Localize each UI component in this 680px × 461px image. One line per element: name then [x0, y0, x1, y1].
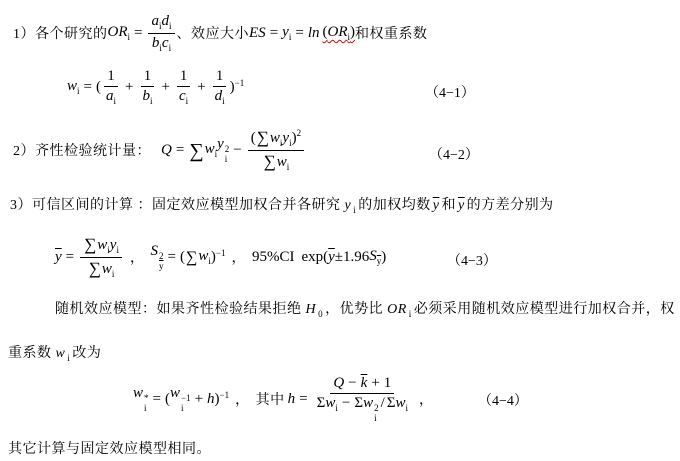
comma: ，	[235, 389, 250, 409]
stacked-sup-sub: *i	[144, 394, 149, 413]
minus-sign: −	[342, 395, 350, 411]
var-w-subscript: i	[287, 162, 290, 172]
var-w-subscript: i	[67, 353, 70, 363]
var-y-subscript: i	[116, 245, 119, 255]
plus-sign: +	[371, 375, 379, 391]
fraction-numerator: (∑wiyi)2	[248, 128, 304, 150]
var-a: a	[151, 13, 159, 29]
summation-icon: ∑	[89, 259, 101, 278]
minus-sign: −	[348, 375, 356, 391]
var-y-bar: y	[55, 249, 62, 266]
var-w: w	[102, 261, 112, 277]
random-effects-paragraph-line1: 随机效应模型：如果齐性检验结果拒绝H0，优势比ORi必须采用随机效应模型进行加权…	[55, 298, 675, 319]
fraction-ad-over-bc: aidi bici	[148, 13, 174, 53]
var-y-bar: y	[433, 198, 440, 213]
var-ES: ES	[249, 25, 266, 42]
subscript-i: i	[144, 404, 147, 413]
var-a: a	[106, 88, 114, 104]
comma: ，	[231, 247, 246, 267]
var-w: w	[133, 385, 143, 401]
var-w-subscript: i	[112, 269, 115, 279]
fraction-denominator: bici	[149, 34, 174, 53]
var-b: b	[142, 88, 150, 104]
equals-sign: =	[84, 79, 92, 96]
var-y-subscript: i	[289, 32, 292, 42]
plus-sign: +	[195, 391, 203, 408]
var-w-i: wi	[54, 346, 71, 361]
subscript-i: i	[225, 155, 228, 164]
var-S: S	[369, 248, 377, 264]
weighted-mean-text: 的加权均数	[358, 198, 431, 213]
var-k-bar: k	[361, 375, 368, 391]
fraction-denominator: Σwi−Σw2i/Σwi	[314, 394, 411, 423]
stacked-sup-sub: 2i	[225, 145, 230, 164]
fraction-1-over-c: 1ci	[176, 68, 191, 107]
var-c: c	[179, 88, 186, 104]
var-w: w	[97, 237, 107, 253]
var-w: w	[205, 141, 215, 157]
var-w: w	[56, 346, 66, 361]
equals-sign: =	[153, 391, 161, 408]
var-S: S	[150, 243, 158, 259]
var-d: d	[215, 88, 223, 104]
var-y-i-squared: y2i	[217, 136, 229, 164]
exp-function: exp(	[301, 249, 328, 266]
confidence-interval-label: 95%CI	[252, 249, 295, 266]
var-c: c	[162, 35, 169, 51]
fraction-denominator: ∑wi	[85, 258, 118, 279]
equation-number-4-2: （4−2）	[429, 144, 479, 164]
fraction-1-over-b: 1bi	[139, 68, 155, 107]
var-H0: H0	[304, 302, 324, 317]
var-w-inverse-i: w−1i	[170, 385, 191, 413]
numerator-one: 1	[177, 68, 191, 87]
fraction-weighted-mean: ∑wiyi ∑wi	[80, 235, 122, 279]
equals-sign: =	[295, 25, 303, 42]
denominator-b: bi	[139, 87, 155, 106]
denominator-c: ci	[176, 87, 191, 106]
closing-sentence: 其它计算与固定效应模型相同。	[8, 438, 211, 458]
var-w-subscript: i	[77, 86, 80, 96]
paragraph-text: 随机效应模型：如果齐性检验结果拒绝	[55, 302, 302, 317]
var-h: h	[288, 391, 296, 408]
fraction-denominator: ∑wi	[260, 151, 293, 172]
fraction-h: Q−k+1 Σwi−Σw2i/Σwi	[314, 375, 411, 423]
fraction-sum-squared: (∑wiyi)2 ∑wi	[248, 128, 304, 172]
effect-size-text: 、效应大小	[177, 23, 250, 43]
where-text: 其中	[256, 389, 285, 409]
exponent-minus-1: −1	[220, 390, 230, 400]
numerator-one: 1	[141, 68, 155, 87]
var-w: w	[67, 78, 77, 94]
equals-sign: =	[167, 249, 175, 266]
item-3-text: 3）可信区间的计算 ：固定效应模型加权合并各研究	[10, 198, 341, 213]
item-3-line: 3）可信区间的计算 ：固定效应模型加权合并各研究yi的加权均数y和y的方差分别为	[10, 194, 554, 215]
superscript-2: 2	[297, 128, 302, 138]
var-y: y	[217, 136, 224, 152]
random-effects-paragraph-line2: 重系数wi改为	[8, 342, 101, 363]
slash: /	[381, 395, 385, 411]
subscript-i: i	[374, 414, 377, 423]
summation-icon: ∑	[189, 141, 203, 161]
fraction-numerator: aidi	[148, 13, 174, 33]
subscript-i: i	[181, 404, 184, 413]
plus-minus-1.96: ±1.96	[335, 249, 369, 266]
spellcheck-underlined-OR: (ORi)	[322, 24, 355, 42]
var-b-subscript: i	[150, 96, 153, 106]
formula-4-2: 2）齐性检验统计量： Q = ∑ wi y2i − (∑wiyi)2 ∑wi	[13, 127, 306, 173]
var-y-subscript: i	[353, 205, 356, 215]
var-w-i: wi	[198, 248, 211, 266]
close-paren: )	[381, 249, 386, 266]
var-w: w	[170, 385, 180, 401]
var-y-i: yi	[343, 198, 357, 213]
fraction-1-over-d: 1di	[212, 68, 228, 107]
var-w: w	[198, 248, 208, 264]
var-w-subscript: i	[335, 403, 338, 413]
denominator-a: ai	[103, 87, 119, 106]
var-OR: OR	[108, 24, 128, 40]
paragraph-text: 改为	[72, 346, 101, 361]
formula-4-4: w*i = ( w−1i + h )−1 ， 其中 h = Q−k+1 Σwi−…	[133, 375, 440, 423]
number-one: 1	[384, 375, 392, 391]
weight-coefficient-text: 和权重系数	[355, 23, 428, 43]
var-OR-i: ORi	[108, 24, 131, 42]
open-paren: (	[180, 249, 185, 266]
summation-icon: ∑	[84, 235, 96, 254]
comma: ，	[130, 247, 145, 267]
var-w-i: wi	[205, 141, 218, 159]
ln-function: ln	[308, 25, 320, 42]
var-OR-i: ORi	[385, 302, 412, 317]
item-2-text: 2）齐性检验统计量：	[13, 140, 151, 160]
var-Q: Q	[333, 375, 344, 391]
exponent-minus-1: −1	[235, 78, 245, 88]
var-Q: Q	[161, 142, 172, 159]
plus-sign: +	[197, 79, 205, 96]
equation-number-4-3: （4−3）	[447, 250, 497, 270]
summation-icon: ∑	[264, 152, 276, 171]
var-S-squared-ybar: S2y	[150, 243, 163, 271]
var-w: w	[363, 395, 373, 411]
equals-sign: =	[270, 25, 278, 42]
var-w: w	[325, 395, 335, 411]
var-w: w	[277, 154, 287, 170]
fraction-numerator: Q−k+1	[330, 375, 394, 394]
denominator-d: di	[212, 87, 228, 106]
var-w: w	[270, 130, 280, 146]
fraction-numerator: ∑wiyi	[80, 235, 122, 257]
minus-sign: −	[233, 142, 241, 159]
stacked-sup-sub: 2y	[159, 252, 164, 271]
var-OR-subscript: i	[409, 309, 412, 319]
document-page: 1）各个研究的 ORi = aidi bici 、效应大小 ES = yi = …	[0, 0, 680, 461]
equation-number-4-1: （4−1）	[425, 82, 475, 102]
plus-sign: +	[125, 79, 133, 96]
stacked-sup-sub: −1i	[181, 394, 191, 413]
summation-icon: ∑	[257, 128, 269, 147]
variance-text: 的方差分别为	[467, 198, 554, 213]
exponent-minus-1: −1	[216, 248, 226, 258]
equation-number-4-4: （4−4）	[478, 390, 528, 410]
numerator-one: 1	[104, 68, 118, 87]
subscript-y-bar: y	[159, 262, 164, 271]
fraction-1-over-a: 1ai	[103, 68, 119, 107]
equals-sign: =	[134, 25, 142, 42]
paragraph-text: ，优势比	[325, 302, 383, 317]
var-d-subscript: i	[169, 21, 172, 31]
var-OR: OR	[327, 24, 347, 40]
formula-4-3: y = ∑wiyi ∑wi ， S2y = (∑wi)−1 ， 95%CI ex…	[55, 231, 386, 283]
numerator-one: 1	[213, 68, 227, 87]
comma: ，	[419, 389, 434, 409]
var-d: d	[162, 13, 170, 29]
stacked-sup-sub: 2i	[374, 404, 379, 423]
var-w-star-i: w*i	[133, 385, 149, 413]
var-y: y	[282, 24, 289, 40]
paragraph-text: 必须采用随机效应模型进行加权合并，权	[414, 302, 675, 317]
subscript-0: 0	[318, 309, 323, 319]
var-a-subscript: i	[114, 96, 117, 106]
var-h: h	[207, 391, 215, 408]
formula-4-1: wi = ( 1ai + 1bi + 1ci + 1di ) −1	[67, 64, 244, 110]
var-w-i: wi	[67, 78, 80, 96]
var-y: y	[345, 198, 352, 213]
equals-sign: =	[66, 249, 74, 266]
var-H: H	[306, 302, 317, 317]
paragraph-text: 重系数	[8, 346, 52, 361]
var-w-subscript: i	[406, 403, 409, 413]
and-text: 和	[441, 198, 456, 213]
var-w: w	[395, 395, 405, 411]
var-d-subscript: i	[222, 96, 225, 106]
summation-icon: ∑	[186, 250, 197, 266]
item-1-line: 1）各个研究的 ORi = aidi bici 、效应大小 ES = yi = …	[13, 12, 428, 54]
sigma-icon: Σ	[354, 395, 363, 411]
open-paren: (	[251, 130, 256, 146]
plus-sign: +	[162, 79, 170, 96]
equals-sign: =	[176, 142, 184, 159]
var-y-i: yi	[282, 24, 291, 42]
var-OR-subscript: i	[128, 32, 131, 42]
var-S-ybar: Sy	[369, 248, 381, 266]
item-1-text: 1）各个研究的	[13, 23, 108, 43]
open-paren: (	[96, 79, 101, 96]
equals-sign: =	[299, 391, 307, 408]
var-y-bar: y	[328, 249, 335, 266]
var-OR: OR	[387, 302, 407, 317]
var-y-bar: y	[458, 198, 465, 213]
var-c-subscript: i	[169, 43, 172, 53]
var-c-subscript: i	[186, 96, 189, 106]
